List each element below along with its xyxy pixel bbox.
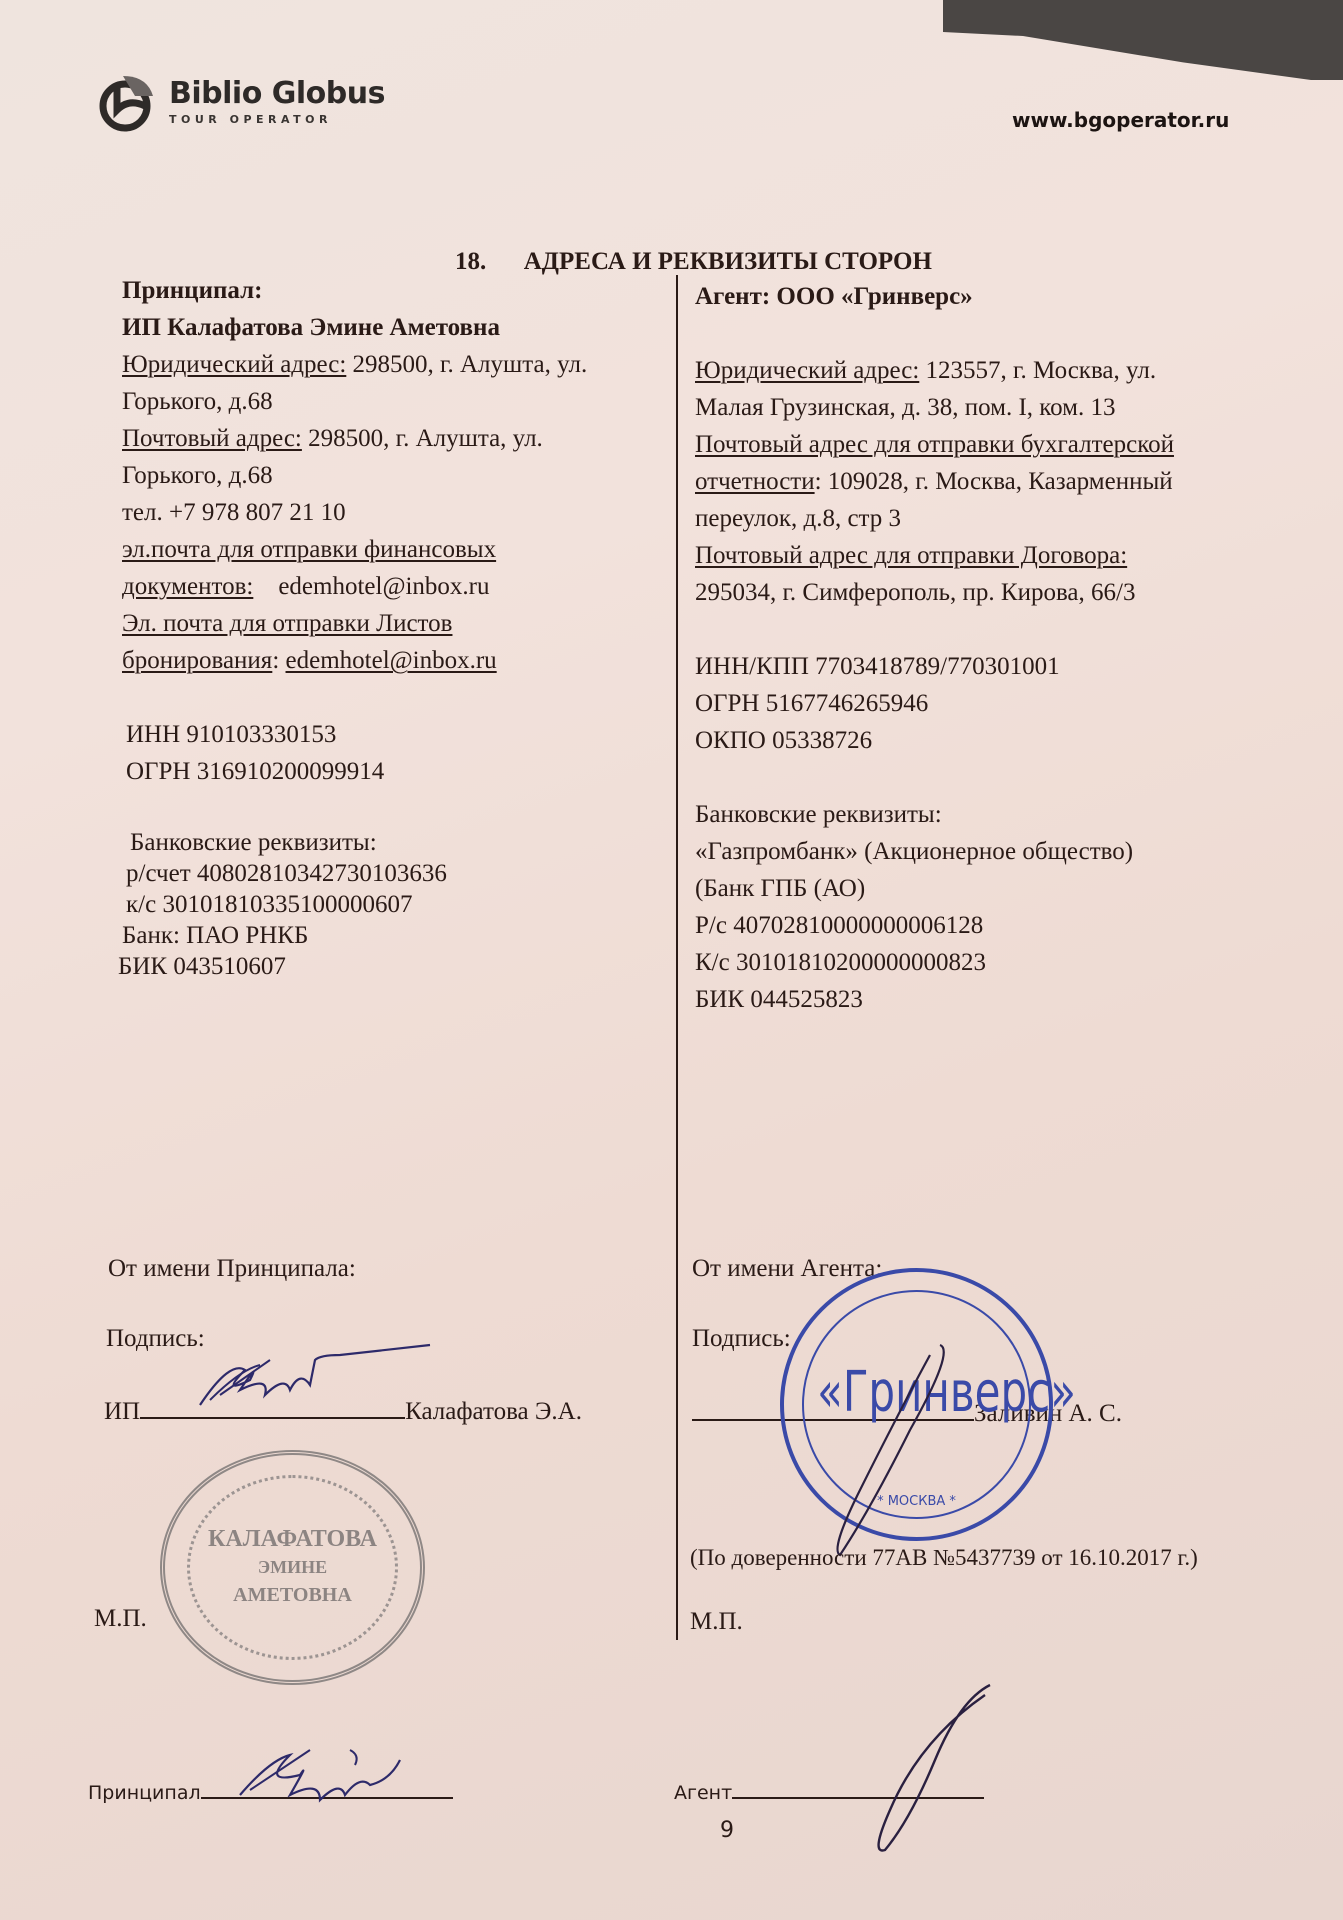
agent-legal-address-label: Юридический адрес:	[695, 357, 919, 384]
principal-signer: Калафатова Э.А.	[405, 1398, 582, 1425]
section-number: 18.	[455, 248, 486, 275]
principal-legal-address-cont: Горького, д.68	[122, 383, 667, 420]
agent-accounting-address: : 109028, г. Москва, Казарменный	[815, 468, 1173, 495]
principal-details: Принципал: ИП Калафатова Эмине Аметовна …	[122, 272, 667, 982]
biblio-globus-logo: Biblio Globus TOUR OPERATOR	[95, 70, 385, 134]
agent-on-behalf: От имени Агента:	[692, 1255, 882, 1283]
column-divider	[676, 275, 678, 1640]
principal-booking-email-label-cont: бронирования	[122, 647, 272, 674]
page-corner-shadow	[943, 0, 1343, 80]
agent-heading: Агент: ООО «Гринверс»	[695, 278, 1255, 315]
principal-seal-label: М.П.	[94, 1605, 147, 1633]
agent-seal-label: М.П.	[690, 1608, 743, 1636]
agent-bank-short: (Банк ГПБ (АО)	[695, 870, 1255, 907]
principal-bik: БИК 043510607	[118, 951, 667, 982]
agent-sign-label: Подпись:	[692, 1325, 791, 1353]
section-heading: АДРЕСА И РЕКВИЗИТЫ СТОРОН	[524, 248, 932, 275]
website-url: www.bgoperator.ru	[1012, 108, 1229, 132]
principal-postal-address: 298500, г. Алушта, ул.	[302, 425, 543, 452]
principal-postal-address-label: Почтовый адрес:	[122, 425, 302, 452]
principal-ogrn: ОГРН 316910200099914	[122, 753, 667, 790]
footer-principal-label: Принципал	[88, 1782, 201, 1804]
principal-finance-email[interactable]: edemhotel@inbox.ru	[278, 573, 489, 600]
agent-accounting-address-cont: переулок, д.8, стр 3	[695, 500, 1255, 537]
principal-inn: ИНН 910103330153	[122, 716, 667, 753]
agent-account: Р/с 40702810000000006128	[695, 907, 1255, 944]
agent-ogrn: ОГРН 5167746265946	[695, 685, 1255, 722]
principal-name: ИП Калафатова Эмине Аметовна	[122, 309, 667, 346]
globe-logo-icon	[95, 70, 159, 134]
logo-subtitle: TOUR OPERATOR	[169, 113, 385, 126]
principal-stamp-name2: ЭМИНЕ	[165, 1553, 420, 1581]
principal-heading: Принципал:	[122, 272, 667, 309]
agent-accounting-address-label: Почтовый адрес для отправки бухгалтерско…	[695, 426, 1255, 463]
page-number: 9	[720, 1818, 734, 1843]
agent-accounting-address-label-cont: отчетности	[695, 468, 815, 495]
agent-bank-heading: Банковские реквизиты:	[695, 796, 1255, 833]
agent-signature-icon	[820, 1340, 960, 1560]
agent-bank-name: «Газпромбанк» (Акционерное общество)	[695, 833, 1255, 870]
agent-contract-address-label: Почтовый адрес для отправки Договора:	[695, 537, 1255, 574]
principal-finance-email-label: эл.почта для отправки финансовых	[122, 531, 667, 568]
agent-okpo: ОКПО 05338726	[695, 722, 1255, 759]
principal-booking-email[interactable]: edemhotel@inbox.ru	[286, 647, 497, 674]
principal-phone: тел. +7 978 807 21 10	[122, 494, 667, 531]
logo-title: Biblio Globus	[169, 79, 385, 109]
principal-stamp: КАЛАФАТОВА ЭМИНЕ АМЕТОВНА	[160, 1450, 425, 1685]
principal-legal-address-label: Юридический адрес:	[122, 351, 346, 378]
footer-principal-signature-icon	[230, 1740, 420, 1810]
agent-details: Агент: ООО «Гринверс» Юридический адрес:…	[695, 278, 1255, 1018]
principal-booking-email-label: Эл. почта для отправки Листов	[122, 605, 667, 642]
footer-agent-signature-icon	[840, 1680, 1000, 1860]
principal-finance-email-label-cont: документов:	[122, 573, 253, 600]
agent-inn-kpp: ИНН/КПП 7703418789/770301001	[695, 648, 1255, 685]
principal-postal-address-cont: Горького, д.68	[122, 457, 667, 494]
principal-signature-icon	[190, 1340, 430, 1420]
principal-bank-heading: Банковские реквизиты:	[122, 827, 667, 858]
agent-corr-account: К/с 30101810200000000823	[695, 944, 1255, 981]
principal-stamp-name1: КАЛАФАТОВА	[165, 1525, 420, 1553]
agent-legal-address-cont: Малая Грузинская, д. 38, пом. I, ком. 13	[695, 389, 1255, 426]
principal-legal-address: 298500, г. Алушта, ул.	[346, 351, 587, 378]
agent-bik: БИК 044525823	[695, 981, 1255, 1018]
agent-power-of-attorney: (По доверенности 77АВ №5437739 от 16.10.…	[690, 1545, 1198, 1571]
principal-prefix: ИП	[104, 1398, 140, 1425]
principal-corr-account: к/с 30101810335100000607	[122, 889, 667, 920]
agent-legal-address: 123557, г. Москва, ул.	[919, 357, 1156, 384]
principal-account: р/счет 40802810342730103636	[122, 858, 667, 889]
agent-contract-address: 295034, г. Симферополь, пр. Кирова, 66/3	[695, 574, 1255, 611]
principal-on-behalf: От имени Принципала:	[108, 1255, 356, 1283]
principal-stamp-name3: АМЕТОВНА	[165, 1581, 420, 1609]
footer-agent-label: Агент	[674, 1782, 732, 1804]
principal-bank: Банк: ПАО РНКБ	[122, 920, 667, 951]
